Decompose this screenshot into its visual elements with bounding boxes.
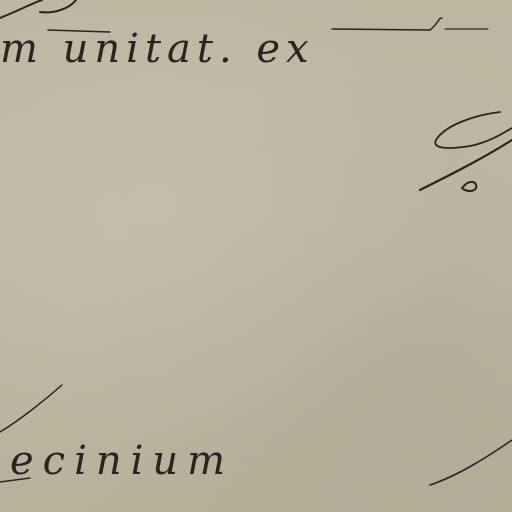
capital-flourish [435,112,512,148]
manuscript-line-top: m unitat. ex [0,26,315,72]
flourish-stroke [0,0,42,18]
manuscript-line-bottom: ecinium [10,438,234,484]
ink-strokes [0,0,512,512]
flourish-stroke [40,0,76,12]
